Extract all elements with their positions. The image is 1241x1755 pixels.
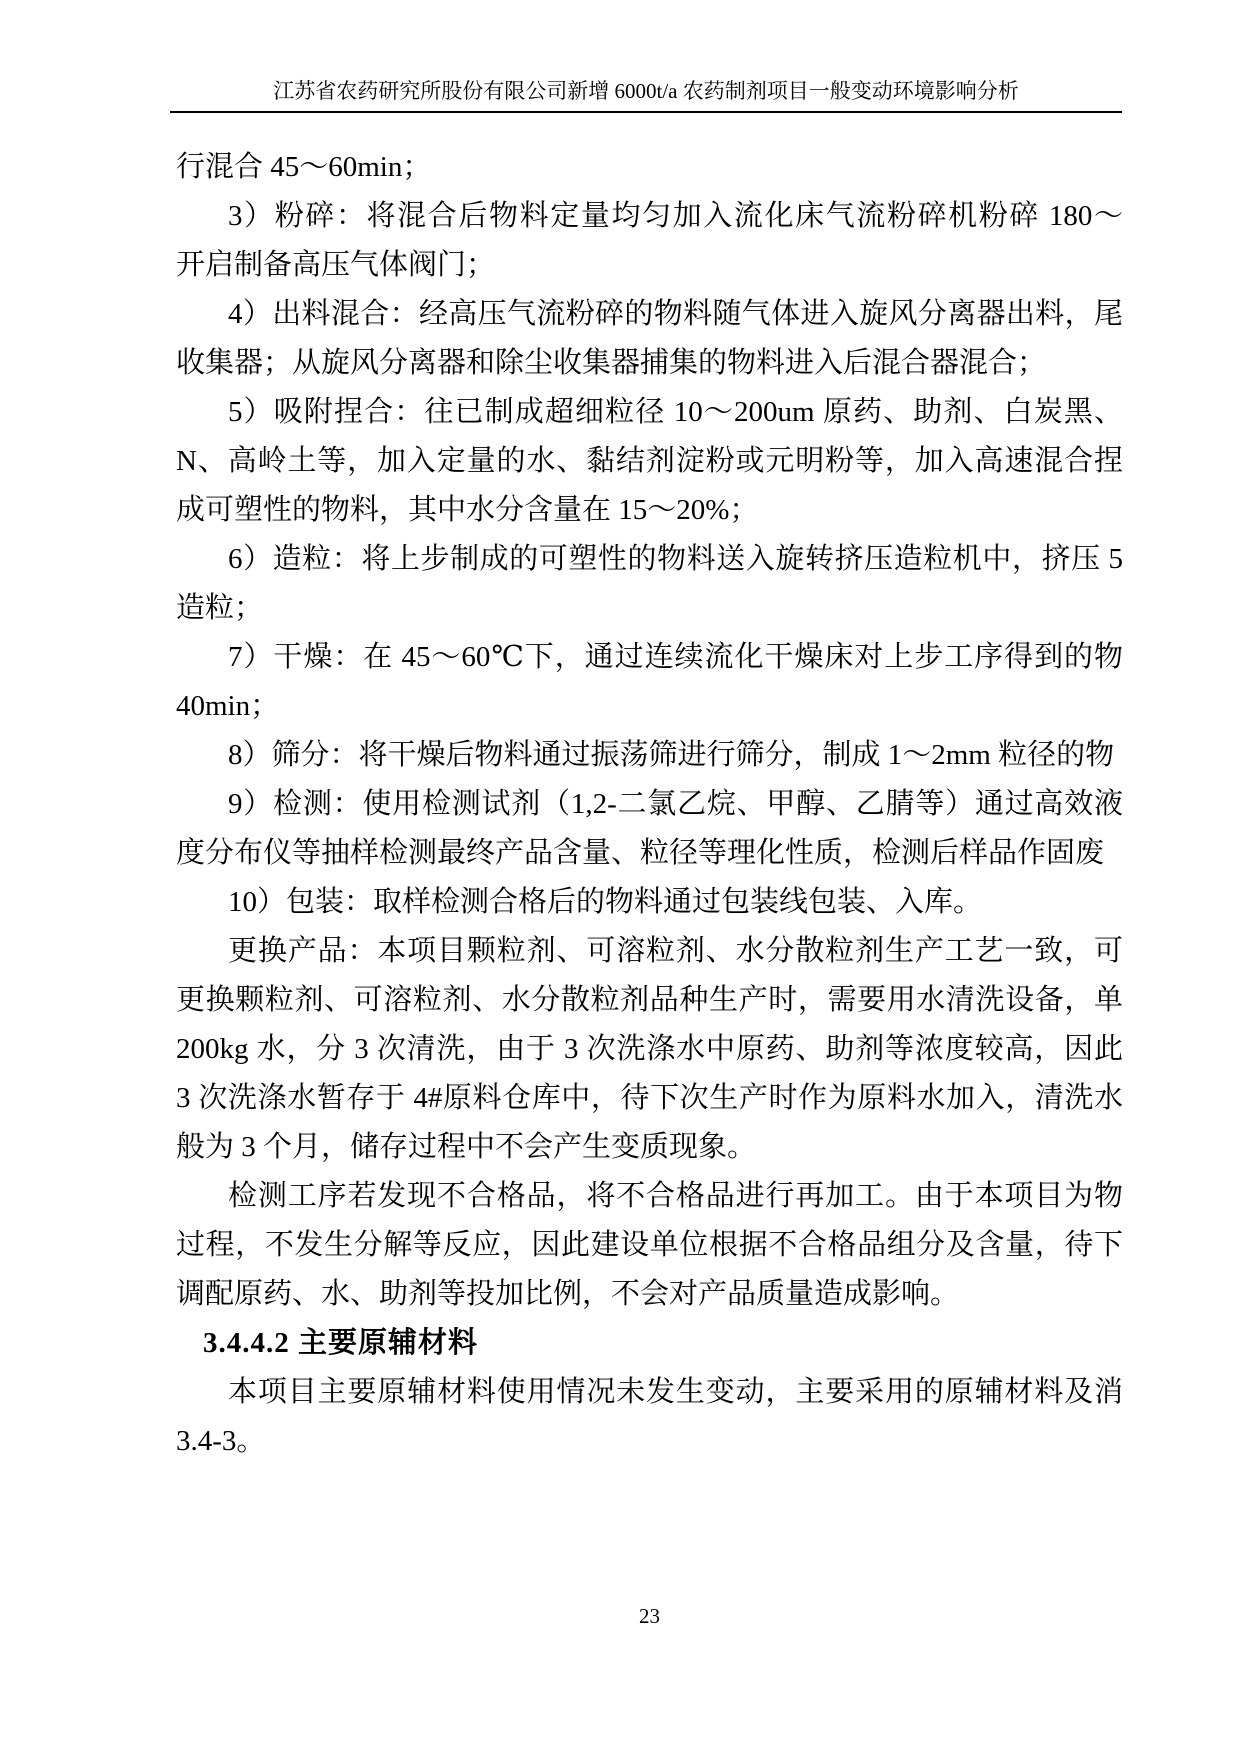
body-line: 过程，不发生分解等反应，因此建设单位根据不合格品组分及含量，待下次生产时重新 <box>176 1221 1123 1270</box>
body-line: 更换产品：本项目颗粒剂、可溶粒剂、水分散粒剂生产工艺一致，可共线生产。当 <box>176 927 1123 976</box>
document-body: 行混合 45～60min；3）粉碎：将混合后物料定量均匀加入流化床气流粉碎机粉碎… <box>176 143 1123 1466</box>
body-line: 般为 3 个月，储存过程中不会产生变质现象。 <box>176 1123 1123 1172</box>
body-line: 调配原药、水、助剂等投加比例，不会对产品质量造成影响。 <box>176 1270 1123 1319</box>
body-line: 3 次洗涤水暂存于 4#原料仓库中，待下次生产时作为原料水加入，清洗水储存的周期… <box>176 1074 1123 1123</box>
body-line: 3.4-3。 <box>176 1417 1123 1466</box>
body-line: 本项目主要原辅材料使用情况未发生变动，主要采用的原辅材料及消耗情况见表 <box>176 1368 1123 1417</box>
header-title: 江苏省农药研究所股份有限公司新增 6000t/a 农药制剂项目一般变动环境影响分… <box>273 79 1019 103</box>
page-footer: 23 <box>176 1601 1123 1631</box>
section-heading: 3.4.4.2 主要原辅材料 <box>176 1319 1123 1368</box>
body-line: 8）筛分：将干燥后物料通过振荡筛进行筛分，制成 1～2mm 粒径的物料； <box>176 731 1123 780</box>
document-page: 江苏省农药研究所股份有限公司新增 6000t/a 农药制剂项目一般变动环境影响分… <box>0 0 1241 1755</box>
body-line: 成可塑性的物料，其中水分含量在 15～20%； <box>176 486 1123 535</box>
body-line: 开启制备高压气体阀门； <box>176 241 1123 290</box>
body-line: 40min； <box>176 682 1123 731</box>
body-line: 200kg 水，分 3 次清洗，由于 3 次洗涤水中原药、助剂等浓度较高，因此使… <box>176 1025 1123 1074</box>
body-line: 6）造粒：将上步制成的可塑性的物料送入旋转挤压造粒机中，挤压 5～15min 进… <box>176 535 1123 584</box>
body-line: 度分布仪等抽样检测最终产品含量、粒径等理化性质，检测后样品作固废处置； <box>176 829 1123 878</box>
body-line: 10）包装：取样检测合格后的物料通过包装线包装、入库。 <box>176 878 1123 927</box>
body-line: 造粒； <box>176 584 1123 633</box>
body-line: 9）检测：使用检测试剂（1,2-二氯乙烷、甲醇、乙腈等）通过高效液相色谱仪、粒 <box>176 780 1123 829</box>
page-header: 江苏省农药研究所股份有限公司新增 6000t/a 农药制剂项目一般变动环境影响分… <box>170 78 1122 113</box>
body-line: 更换颗粒剂、可溶粒剂、水分散粒剂品种生产时，需要用水清洗设备，单次清洗时共加 <box>176 976 1123 1025</box>
body-line: N、高岭土等，加入定量的水、黏结剂淀粉或元明粉等，加入高速混合捏合机捏和，制 <box>176 437 1123 486</box>
body-line: 收集器；从旋风分离器和除尘收集器捕集的物料进入后混合器混合； <box>176 339 1123 388</box>
body-line: 5）吸附捏合：往已制成超细粒径 10～200um 原药、助剂、白炭黑、K12、分… <box>176 388 1123 437</box>
body-line: 检测工序若发现不合格品，将不合格品进行再加工。由于本项目为物料为物理复配 <box>176 1172 1123 1221</box>
body-line: 3）粉碎：将混合后物料定量均匀加入流化床气流粉碎机粉碎 180～240min，同… <box>176 192 1123 241</box>
page-number: 23 <box>639 1604 660 1628</box>
body-line: 7）干燥：在 45～60℃下，通过连续流化干燥床对上步工序得到的物料干燥 20～ <box>176 633 1123 682</box>
body-line: 4）出料混合：经高压气流粉碎的物料随气体进入旋风分离器出料，尾气进入除尘 <box>176 290 1123 339</box>
body-line: 行混合 45～60min； <box>176 143 1123 192</box>
